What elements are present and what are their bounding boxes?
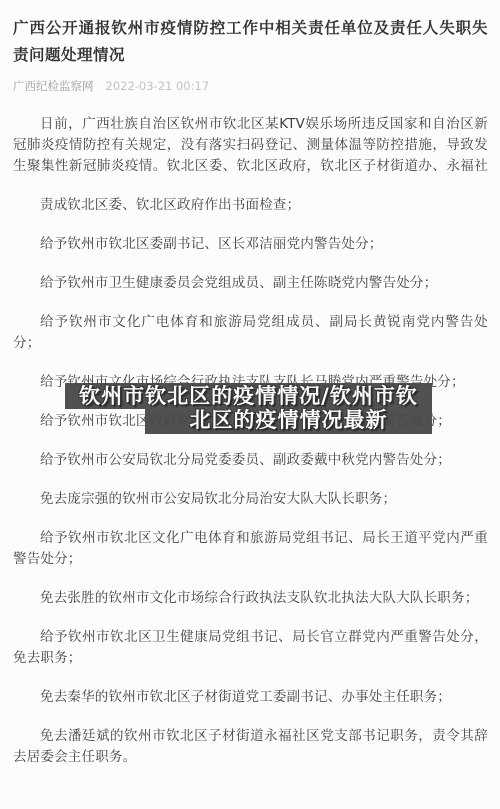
paragraph: 给予钦州市钦北区卫生健康局党组书记、局长官立群党内严重警告处分，免去职务； bbox=[13, 627, 488, 669]
article-page: 广西公开通报钦州市疫情防控工作中相关责任单位及责任人失职失责问题处理情况 广西纪… bbox=[0, 0, 500, 809]
paragraph: 免去庞宗强的钦州市公安局钦北分局治安大队大队长职务； bbox=[13, 489, 488, 510]
article-body: 日前，广西壮族自治区钦州市钦北区某KTV娱乐场所违反国家和自治区新冠肺炎疫情防控… bbox=[13, 114, 488, 768]
paragraph: 给予钦州市钦北区文化广电体育和旅游局党组书记、局长王道平党内严重警告处分； bbox=[13, 528, 488, 570]
paragraph: 给予钦州市卫生健康委员会党组成员、副主任陈晓党内警告处分； bbox=[13, 273, 488, 294]
paragraph: 免去张胜的钦州市文化市场综合行政执法支队钦北执法大队大队长职务； bbox=[13, 588, 488, 609]
paragraph: 日前，广西壮族自治区钦州市钦北区某KTV娱乐场所违反国家和自治区新冠肺炎疫情防控… bbox=[13, 114, 488, 177]
paragraph: 免去秦华的钦州市钦北区子材街道党工委副书记、办事处主任职务； bbox=[13, 687, 488, 708]
article-meta: 广西纪检监察网 2022-03-21 00:17 bbox=[13, 78, 488, 94]
paragraph: 给予钦州市钦北区委副书记、区长邓洁丽党内警告处分； bbox=[13, 234, 488, 255]
paragraph: 给予钦州市文化广电体育和旅游局党组成员、副局长黄锐南党内警告处分； bbox=[13, 312, 488, 354]
paragraph: 责成钦北区委、钦北区政府作出书面检查； bbox=[13, 195, 488, 216]
publish-date: 2022-03-21 00:17 bbox=[106, 78, 210, 94]
source-name: 广西纪检监察网 bbox=[13, 78, 94, 94]
paragraph: 给予钦州市公安局钦北分局党委委员、副政委戴中秋党内警告处分； bbox=[13, 450, 488, 471]
article-title: 广西公开通报钦州市疫情防控工作中相关责任单位及责任人失职失责问题处理情况 bbox=[13, 15, 488, 69]
paragraph: 免去潘廷斌的钦州市钦北区子材街道永福社区党支部书记职务，责令其辞去居委会主任职务… bbox=[13, 726, 488, 768]
watermark-caption-line1: 钦州市钦北区的疫情情况/钦州市钦 bbox=[65, 383, 432, 409]
watermark-caption-line2: 北区的疫情情况最新 bbox=[145, 409, 432, 434]
